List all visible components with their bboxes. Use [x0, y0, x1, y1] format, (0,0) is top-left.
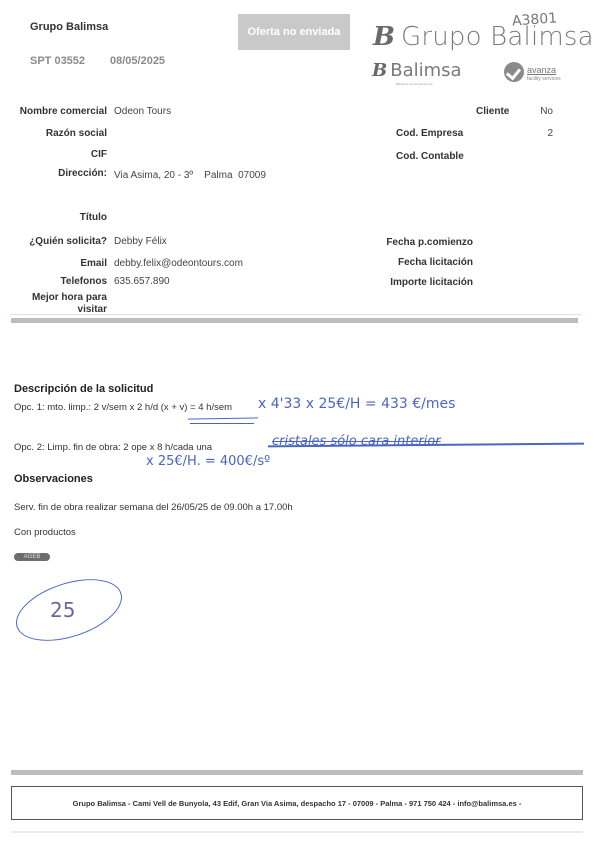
value-nombre-comercial: Odeon Tours [114, 106, 171, 117]
section-divider-bar [11, 318, 578, 323]
request-option1: Opc. 1: mto. limp.: 2 v/sem x 2 h/d (x +… [14, 402, 232, 413]
label-mejor-hora-line1: Mejor hora para [32, 292, 107, 304]
label-mejor-hora: Mejor hora para visitar [32, 292, 107, 316]
label-importe-licitacion: Importe licitación [390, 277, 473, 288]
balimsa-logo: B Balimsa Balsanes de Limpiezas S.A. [372, 60, 462, 81]
handwritten-option2-calc: x 25€/H. = 400€/sº [146, 454, 270, 469]
label-fecha-comienzo: Fecha p.comienzo [386, 237, 473, 248]
label-cod-empresa: Cod. Empresa [396, 128, 463, 139]
handwritten-reference: A3801 [511, 10, 557, 29]
value-cod-empresa: 2 [547, 128, 553, 139]
label-nombre-comercial: Nombre comercial [20, 106, 107, 117]
request-option2: Opc. 2: Limp. fin de obra: 2 ope x 8 h/c… [14, 442, 212, 453]
avanza-name: avanza [527, 65, 556, 75]
handwritten-struck-note: cristales sólo cara interior [272, 434, 441, 449]
footer-bottom-line [11, 831, 583, 833]
label-titulo: Título [80, 212, 107, 223]
document-date: 08/05/2025 [110, 55, 165, 67]
handwritten-underline [188, 417, 258, 419]
label-telefonos: Telefonos [61, 276, 107, 287]
label-email: Email [80, 258, 107, 269]
logo-sub-tagline: Balsanes de Limpiezas S.A. [396, 82, 433, 86]
request-title: Descripción de la solicitud [14, 383, 153, 395]
label-quien-solicita: ¿Quién solicita? [29, 236, 107, 247]
balimsa-mark-icon: B [373, 22, 395, 52]
label-cod-contable: Cod. Contable [396, 151, 464, 162]
logo-sub-text: Balimsa [390, 60, 461, 81]
label-cliente: Cliente [476, 106, 509, 117]
checkmark-icon [504, 62, 524, 82]
handwritten-option1-calc: x 4'33 x 25€/H = 433 €/mes [258, 396, 455, 412]
company-name: Grupo Balimsa [30, 21, 108, 33]
logo-main-text: Grupo Balimsa [401, 22, 594, 52]
observations-line2: Con productos [14, 527, 76, 538]
label-razon-social: Razón social [46, 128, 107, 139]
label-direccion: Dirección: [58, 168, 107, 179]
observations-line1: Serv. fin de obra realizar semana del 26… [14, 502, 293, 513]
value-quien-solicita: Debby Félix [114, 236, 167, 247]
document-code: SPT 03552 [30, 55, 85, 67]
label-cif: CIF [91, 149, 107, 160]
footer-address: Grupo Balimsa - Cami Vell de Bunyola, 43… [11, 786, 583, 820]
observations-title: Observaciones [14, 473, 93, 485]
value-direccion: Via Asima, 20 - 3º Palma 07009 [114, 170, 266, 181]
label-fecha-licitacion: Fecha licitación [398, 257, 473, 268]
circled-number: 25 [50, 598, 75, 622]
divider-line [10, 314, 582, 315]
footer-divider-bar [11, 770, 583, 775]
grupo-balimsa-logo: B Grupo Balimsa [373, 22, 594, 52]
avanza-logo: avanza facility services [504, 61, 561, 82]
value-email: debby.felix@odeontours.com [114, 258, 243, 269]
avanza-tagline: facility services [527, 77, 561, 82]
handwritten-underline-2 [190, 423, 254, 424]
stamp-mark: AGEB [14, 553, 50, 561]
value-telefonos: 635.657.890 [114, 276, 170, 287]
balimsa-small-mark-icon: B [372, 60, 387, 81]
status-badge: Oferta no enviada [238, 14, 350, 50]
value-cliente: No [540, 106, 553, 117]
